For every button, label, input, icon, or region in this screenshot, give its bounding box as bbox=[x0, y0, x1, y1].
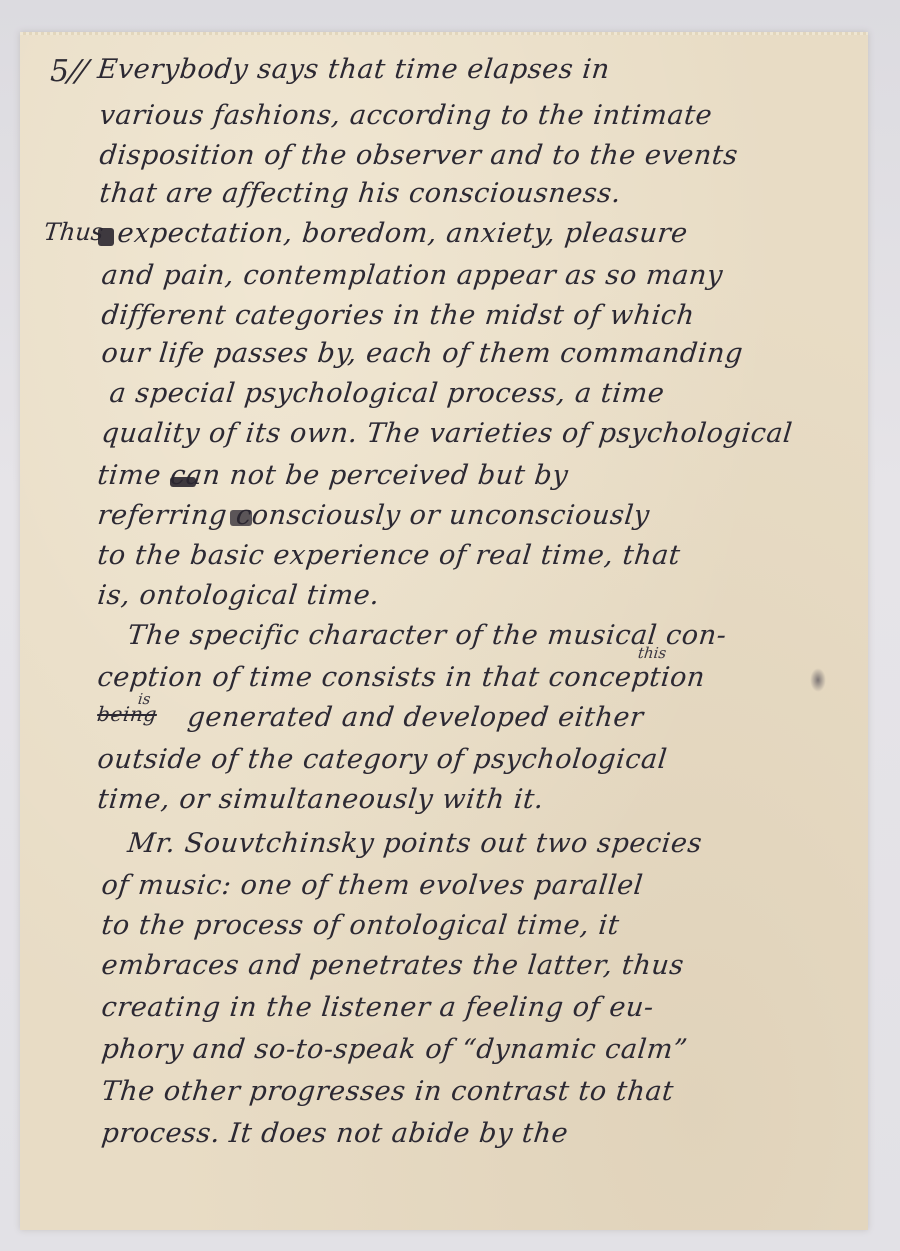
manuscript-line: referring consciously or unconsciously bbox=[96, 500, 651, 531]
crossed-out-word bbox=[230, 510, 252, 526]
manuscript-line: generated and developed either bbox=[186, 702, 645, 733]
manuscript-line: of music: one of them evolves parallel bbox=[100, 870, 645, 901]
interlinear-insertion-this: this bbox=[637, 644, 667, 662]
manuscript-line: is, ontological time. bbox=[96, 580, 381, 611]
manuscript-line: Mr. Souvtchinsky points out two species bbox=[126, 828, 704, 859]
manuscript-line: time, or simultaneously with it. bbox=[96, 784, 545, 815]
manuscript-line: to the process of ontological time, it bbox=[100, 910, 621, 941]
manuscript-line: embraces and penetrates the latter, thus bbox=[100, 950, 686, 981]
manuscript-line: The other progresses in contrast to that bbox=[100, 1076, 675, 1107]
manuscript-page: 5// Everybody says that time elapses in … bbox=[20, 32, 868, 1230]
manuscript-line: different categories in the midst of whi… bbox=[100, 300, 696, 331]
manuscript-line: Everybody says that time elapses in bbox=[96, 54, 611, 85]
manuscript-line: quality of its own. The varieties of psy… bbox=[100, 418, 794, 449]
manuscript-line: disposition of the observer and to the e… bbox=[98, 140, 740, 171]
manuscript-line: that are affecting his consciousness. bbox=[98, 178, 623, 209]
manuscript-line: to the basic experience of real time, th… bbox=[96, 540, 682, 571]
manuscript-line: expectation, boredom, anxiety, pleasure bbox=[116, 218, 689, 249]
manuscript-line: phory and so-to-speak of “dynamic calm” bbox=[100, 1034, 689, 1065]
manuscript-line: various fashions, according to the intim… bbox=[98, 100, 714, 131]
manuscript-line: our life passes by, each of them command… bbox=[100, 338, 745, 369]
crossed-out-letter bbox=[98, 228, 114, 246]
page-number-value: 5 bbox=[50, 54, 67, 89]
manuscript-line: outside of the category of psychological bbox=[96, 744, 669, 775]
manuscript-line: a special psychological process, a time bbox=[108, 378, 666, 409]
manuscript-line: and pain, contemplation appear as so man… bbox=[100, 260, 725, 291]
manuscript-line: process. It does not abide by the bbox=[100, 1118, 570, 1149]
manuscript-line: time can not be perceived but by bbox=[96, 460, 570, 491]
margin-note-thus: Thus bbox=[43, 218, 105, 246]
crossed-out-word bbox=[170, 477, 196, 487]
manuscript-line: creating in the listener a feeling of eu… bbox=[100, 992, 655, 1023]
page-number: 5// bbox=[50, 54, 85, 89]
struck-word-being: being bbox=[96, 702, 158, 726]
page-number-mark: // bbox=[65, 54, 89, 89]
ink-smudge bbox=[810, 668, 826, 692]
manuscript-line: ception of time consists in that concept… bbox=[96, 662, 707, 693]
